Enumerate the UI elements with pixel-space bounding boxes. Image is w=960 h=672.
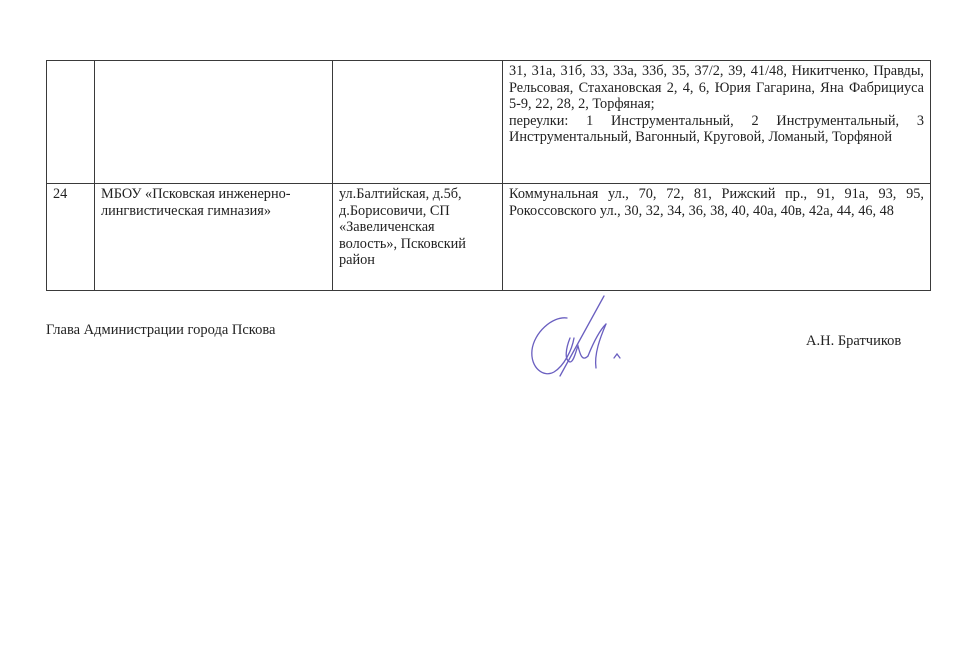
school-address: ул.Балтийская, д.5б, д.Борисовичи, СП «З…	[333, 184, 503, 291]
assigned-streets: Коммунальная ул., 70, 72, 81, Рижский пр…	[503, 184, 931, 291]
table-row: 24 МБОУ «Псковская инженерно-лингвистиче…	[47, 184, 931, 291]
signatory-name: А.Н. Братчиков	[806, 333, 901, 350]
row-number: 24	[47, 184, 95, 291]
school-name: МБОУ «Псковская инженерно-лингвистическа…	[95, 184, 333, 291]
row-number	[47, 61, 95, 184]
school-address	[333, 61, 503, 184]
streets-list: 31, 31а, 31б, 33, 33а, 33б, 35, 37/2, 39…	[509, 63, 924, 113]
signatory-position: Глава Администрации города Пскова	[46, 322, 275, 339]
assigned-streets: 31, 31а, 31б, 33, 33а, 33б, 35, 37/2, 39…	[503, 61, 931, 184]
table-row: 31, 31а, 31б, 33, 33а, 33б, 35, 37/2, 39…	[47, 61, 931, 184]
school-name	[95, 61, 333, 184]
school-district-table: 31, 31а, 31б, 33, 33а, 33б, 35, 37/2, 39…	[46, 60, 931, 291]
document-page: 31, 31а, 31б, 33, 33а, 33б, 35, 37/2, 39…	[0, 0, 960, 672]
signature-icon	[522, 288, 652, 383]
lanes-list: переулки: 1 Инструментальный, 2 Инструме…	[509, 113, 924, 146]
